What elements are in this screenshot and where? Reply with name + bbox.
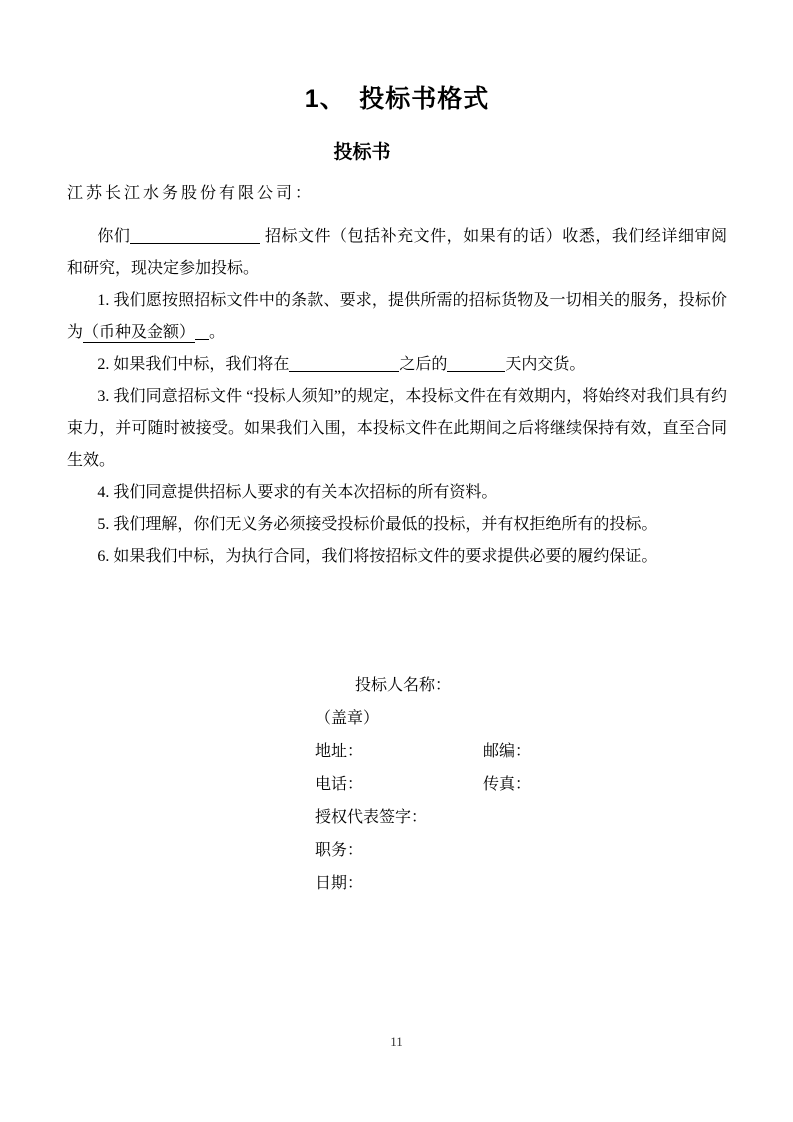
page-number: 11 [0, 1034, 793, 1050]
page-content: 1、 投标书格式 投标书 江苏长江水务股份有限公司： 你们 招标文件（包括补充文… [67, 0, 727, 900]
paragraph-text: 6. 如果我们中标，为执行合同，我们将按招标文件的要求提供必要的履约保证。 [97, 548, 657, 565]
signature-label-left: 地址： [315, 735, 483, 768]
paragraph-text: 你们 [97, 228, 130, 245]
signature-label-right: 邮编： [483, 743, 531, 760]
body-paragraph: 3. 我们同意招标文件 “投标人须知”的规定，本投标文件在有效期内，将始终对我们… [67, 381, 727, 477]
fill-in-blank [289, 354, 399, 372]
job-title-label: 职务： [315, 834, 727, 867]
seal-label: （盖章） [315, 702, 727, 735]
authorized-representative-signature-label: 授权代表签字： [315, 801, 727, 834]
paragraph-text: （币种及金额） [83, 324, 195, 343]
paragraph-text: 4. 我们同意提供招标人要求的有关本次招标的所有资料。 [97, 484, 497, 501]
paragraph-text: 3. 我们同意招标文件 “投标人须知”的规定，本投标文件在有效期内，将始终对我们… [67, 388, 727, 469]
document-title: 1、 投标书格式 [67, 0, 727, 114]
fill-in-blank [195, 322, 209, 340]
fill-in-blank [447, 354, 505, 372]
salutation: 江苏长江水务股份有限公司： [67, 182, 727, 206]
body-paragraph: 1. 我们愿按照招标文件中的条款、要求，提供所需的招标货物及一切相关的服务，投标… [67, 285, 727, 349]
date-label: 日期： [315, 867, 727, 900]
signature-block: 投标人名称： （盖章） 地址：邮编：电话：传真： 授权代表签字： 职务： 日期： [315, 669, 727, 900]
paragraph-text: 之后的 [399, 356, 447, 373]
paragraph-text: 天内交货。 [505, 356, 585, 373]
body-paragraph: 2. 如果我们中标，我们将在之后的天内交货。 [67, 349, 727, 381]
body-paragraph: 5. 我们理解，你们无义务必须接受投标价最低的投标，并有权拒绝所有的投标。 [67, 509, 727, 541]
body-paragraphs: 你们 招标文件（包括补充文件，如果有的话）收悉，我们经详细审阅和研究，现决定参加… [67, 221, 727, 573]
document-page: 1、 投标书格式 投标书 江苏长江水务股份有限公司： 你们 招标文件（包括补充文… [0, 0, 793, 1122]
signature-row: 地址：邮编： [315, 735, 727, 768]
document-subtitle: 投标书 [67, 140, 727, 166]
paragraph-text: 2. 如果我们中标，我们将在 [97, 356, 289, 373]
body-paragraph: 6. 如果我们中标，为执行合同，我们将按招标文件的要求提供必要的履约保证。 [67, 541, 727, 573]
signature-label-left: 电话： [315, 768, 483, 801]
paragraph-text: 。 [209, 324, 225, 341]
bidder-name-label: 投标人名称： [315, 669, 727, 702]
fill-in-blank [130, 226, 260, 244]
signature-row: 电话：传真： [315, 768, 727, 801]
paragraph-text: 5. 我们理解，你们无义务必须接受投标价最低的投标，并有权拒绝所有的投标。 [97, 516, 657, 533]
signature-contact-rows: 地址：邮编：电话：传真： [315, 735, 727, 801]
signature-label-right: 传真： [483, 776, 531, 793]
body-paragraph: 4. 我们同意提供招标人要求的有关本次招标的所有资料。 [67, 477, 727, 509]
body-paragraph: 你们 招标文件（包括补充文件，如果有的话）收悉，我们经详细审阅和研究，现决定参加… [67, 221, 727, 285]
